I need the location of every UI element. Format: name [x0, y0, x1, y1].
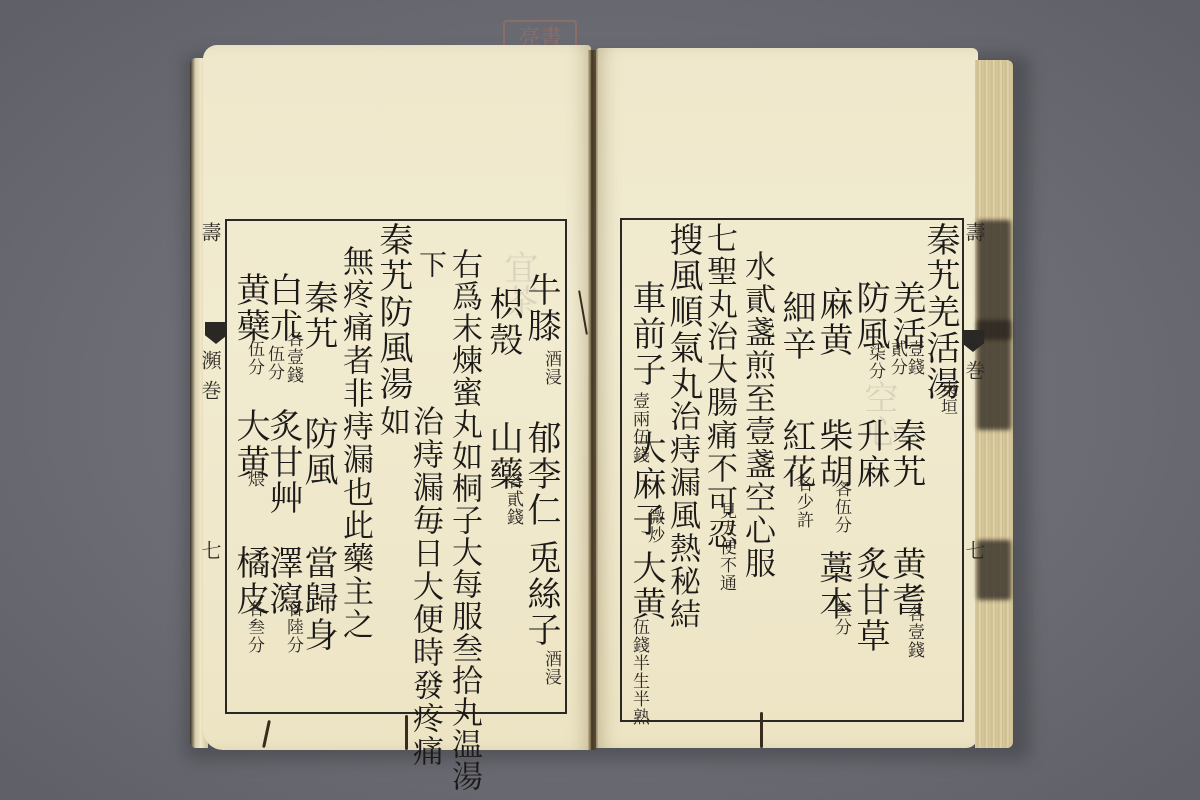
right-margin-title: 壽	[960, 222, 989, 252]
right-col-2-note: 壹錢	[905, 340, 923, 376]
left-col-8-main2: 炙甘艸	[265, 408, 301, 516]
right-col-6: 水貳盞煎至壹盞空心服	[740, 250, 773, 580]
right-col-9-main3: 大黄	[628, 550, 664, 622]
margin-char: 壽	[962, 222, 986, 252]
left-margin-title: 壽	[196, 222, 225, 252]
left-col-5-main2: 治痔漏毎日大便時發疼痛如	[375, 405, 441, 800]
right-margin-section: 巻	[960, 360, 989, 390]
right-col-7-note2: 見大便不通	[714, 502, 737, 592]
left-col-9-note3: 各叁分	[245, 600, 263, 654]
right-col-3-main2: 升麻	[852, 418, 888, 490]
right-col-9-note2: 微炒	[645, 508, 663, 544]
left-margin-folio: 七	[196, 540, 225, 570]
left-col-5-main: 秦艽防風湯	[375, 222, 411, 402]
right-col-2-note3: 各壹錢	[905, 605, 923, 659]
left-col-7-main: 秦艽	[300, 280, 336, 352]
margin-char: 瀕	[198, 350, 222, 380]
left-col-1-main: 牛膝	[523, 272, 559, 344]
right-col-9-note3: 伍錢半生半熟	[630, 618, 648, 726]
left-col-1-main2: 郁李仁	[523, 420, 559, 528]
margin-char: 巻	[962, 360, 986, 390]
right-col-7-main: 七聖丸	[702, 222, 735, 321]
left-col-2-note2: 各貳錢	[504, 472, 522, 526]
right-col-9-main: 車前子	[628, 280, 664, 388]
right-col-5-note2: 各少許	[794, 475, 812, 529]
right-col-4-note3: 叁分	[832, 600, 850, 636]
left-col-2-main: 枳殼	[485, 286, 521, 358]
right-col-3-note: 柒分	[866, 344, 884, 380]
left-col-7-main3: 當歸身	[300, 545, 336, 653]
right-col-2-note-extra: 貳分	[888, 340, 906, 376]
left-col-1-main3: 兎絲子	[523, 540, 559, 648]
left-col-6: 無疼痛者非痔漏也此藥主之	[338, 245, 371, 641]
left-col-1-note3: 酒浸	[542, 650, 560, 686]
ink-stroke	[760, 712, 763, 748]
right-margin-folio: 七	[960, 540, 989, 570]
margin-char: 壽	[198, 222, 222, 252]
margin-char: 七	[962, 540, 986, 570]
right-col-8-main: 搜風順氣丸	[665, 222, 701, 402]
open-book: 亮書 宜茶 空心 壽 瀕巻 七 牛膝 酒浸 郁李仁 兎絲子 酒浸 枳殼 山藥 各…	[0, 0, 1200, 800]
left-col-8-note3: 各陸分	[284, 600, 302, 654]
fore-edge	[975, 60, 1013, 748]
left-col-3: 右爲末煉蜜丸如桐子大每服叁拾丸温湯	[447, 248, 481, 792]
left-col-9-main: 黄蘗	[232, 272, 268, 344]
right-col-4-main: 麻黄	[815, 286, 851, 358]
margin-char: 巻	[198, 380, 222, 410]
right-col-3-main3: 炙甘草	[852, 546, 888, 654]
right-col-5-main: 細辛	[778, 290, 814, 362]
left-col-1-note: 酒浸	[542, 350, 560, 386]
left-col-4: 下	[413, 250, 449, 280]
book-gutter	[588, 50, 598, 750]
right-col-3-main: 防風	[852, 280, 888, 352]
left-col-9-note: 伍分	[245, 340, 263, 376]
left-col-7-main2: 防風	[300, 416, 336, 488]
left-col-8-note: 各壹錢	[284, 330, 302, 384]
left-col-9-note2: 煨	[245, 470, 263, 488]
right-col-8-main2: 治痔漏風熱秘結	[665, 400, 698, 631]
left-margin-section: 瀕巻	[196, 350, 225, 410]
right-col-4-note2: 各伍分	[832, 480, 850, 534]
ink-stroke	[405, 715, 408, 750]
margin-char: 七	[198, 540, 222, 570]
left-col-8-note-extra: 伍分	[265, 345, 283, 381]
right-col-1-note: 東垣	[938, 380, 956, 416]
right-col-1-main: 秦艽羌活湯	[922, 222, 958, 402]
right-col-2-main2: 秦艽	[888, 418, 924, 490]
